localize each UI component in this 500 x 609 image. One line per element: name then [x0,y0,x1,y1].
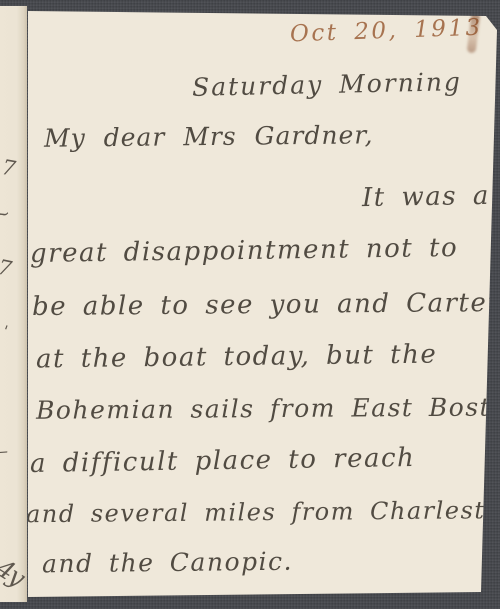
body-line: at the boat today, but the [36,340,438,375]
dateline-day: Saturday Morning [192,67,462,102]
salutation: My dear Mrs Gardner, [44,120,374,152]
pen-stroke-fragment: 7 [0,155,17,181]
pen-stroke-fragment: — [0,441,9,462]
body-line: Bohemian sails from East Boston [36,392,500,424]
pen-stroke-fragment: ~ [0,203,11,226]
photo-backdrop: 7 ~ 7 ' — 4y Oct 20, 1913 Saturday Morni… [0,0,500,609]
body-line: and several miles from Charlestown [26,496,500,528]
body-line: great disappointment not to [30,233,459,269]
pen-stroke-fragment: ' [0,322,10,340]
date-line: Oct 20, 1913 [290,15,484,48]
body-line: and the Canopic. [42,547,293,579]
pen-stroke-fragment: 4y [0,553,27,591]
body-line: a difficult place to reach [30,443,416,479]
previous-page-edge: 7 ~ 7 ' — 4y [0,6,27,602]
body-line: be able to see you and Carter [32,288,500,322]
body-line: It was a [362,181,490,213]
pen-stroke-fragment: 7 [0,255,14,281]
letter-page: Oct 20, 1913 Saturday Morning My dear Mr… [24,10,497,599]
